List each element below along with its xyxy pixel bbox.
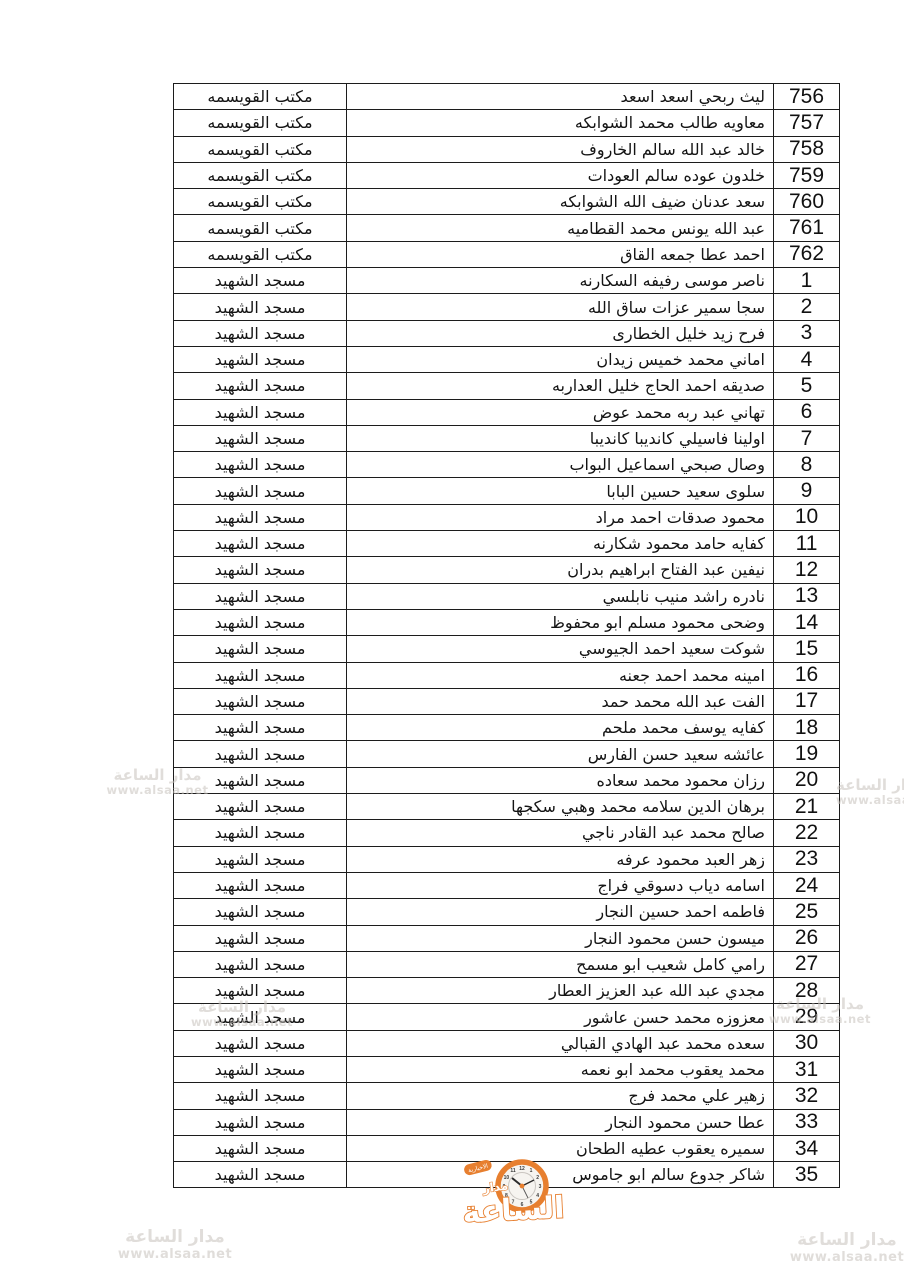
serial-number-cell: 29 <box>774 1004 840 1030</box>
voter-name-cell: اولينا فاسيلي كانديبا كانديبا <box>347 425 774 451</box>
table-row: 759خلدون عوده سالم العوداتمكتب القويسمه <box>174 162 840 188</box>
voter-name-cell: صديقه احمد الحاج خليل العداربه <box>347 373 774 399</box>
clock-numeral: 3 <box>539 1184 542 1190</box>
roster-table: 756ليث ربحي اسعد اسعدمكتب القويسمه757معا… <box>173 83 840 1188</box>
location-cell: مسجد الشهيد <box>174 1135 347 1161</box>
voter-name-cell: رزان محمود محمد سعاده <box>347 767 774 793</box>
table-row: 31محمد يعقوب محمد ابو نعمهمسجد الشهيد <box>174 1056 840 1082</box>
table-row: 12نيفين عبد الفتاح ابراهيم بدرانمسجد الش… <box>174 557 840 583</box>
location-cell: مسجد الشهيد <box>174 662 347 688</box>
location-cell: مسجد الشهيد <box>174 268 347 294</box>
location-cell: مسجد الشهيد <box>174 767 347 793</box>
table-row: 28مجدي عبد الله عبد العزيز العطارمسجد ال… <box>174 978 840 1004</box>
clock-numeral: 2 <box>536 1175 539 1181</box>
serial-number-cell: 757 <box>774 110 840 136</box>
table-row: 760سعد عدنان ضيف الله الشوابكهمكتب القوي… <box>174 189 840 215</box>
serial-number-cell: 22 <box>774 820 840 846</box>
table-row: 13نادره راشد منيب نابلسيمسجد الشهيد <box>174 583 840 609</box>
voter-name-cell: عبد الله يونس محمد القطاميه <box>347 215 774 241</box>
location-cell: مسجد الشهيد <box>174 899 347 925</box>
watermark: مدار الساعة www.alsaa.net <box>836 776 904 808</box>
serial-number-cell: 2 <box>774 294 840 320</box>
serial-number-cell: 24 <box>774 872 840 898</box>
voter-name-cell: صالح محمد عبد القادر ناجي <box>347 820 774 846</box>
serial-number-cell: 4 <box>774 346 840 372</box>
serial-number-cell: 11 <box>774 531 840 557</box>
watermark-url: www.alsaa.net <box>788 1250 904 1266</box>
voter-name-cell: سعد عدنان ضيف الله الشوابكه <box>347 189 774 215</box>
location-cell: مسجد الشهيد <box>174 504 347 530</box>
voter-name-cell: زهير علي محمد فرج <box>347 1083 774 1109</box>
serial-number-cell: 762 <box>774 241 840 267</box>
serial-number-cell: 32 <box>774 1083 840 1109</box>
location-cell: مكتب القويسمه <box>174 241 347 267</box>
location-cell: مكتب القويسمه <box>174 136 347 162</box>
serial-number-cell: 19 <box>774 741 840 767</box>
table-row: 758خالد عبد الله سالم الخاروفمكتب القويس… <box>174 136 840 162</box>
voter-name-cell: احمد عطا جمعه القاق <box>347 241 774 267</box>
table-row: 10محمود صدقات احمد مرادمسجد الشهيد <box>174 504 840 530</box>
serial-number-cell: 760 <box>774 189 840 215</box>
clock-numeral: 1 <box>530 1168 533 1174</box>
location-cell: مسجد الشهيد <box>174 320 347 346</box>
table-row: 762احمد عطا جمعه القاقمكتب القويسمه <box>174 241 840 267</box>
location-cell: مسجد الشهيد <box>174 951 347 977</box>
location-cell: مكتب القويسمه <box>174 215 347 241</box>
voter-name-cell: شوكت سعيد احمد الجيوسي <box>347 636 774 662</box>
serial-number-cell: 14 <box>774 609 840 635</box>
voter-name-cell: كفايه حامد محمود شكارنه <box>347 531 774 557</box>
voter-name-cell: اسامه دياب دسوقي فراج <box>347 872 774 898</box>
voter-name-cell: نادره راشد منيب نابلسي <box>347 583 774 609</box>
logo-badge: الاخبارية <box>463 1159 493 1176</box>
table-row: 16امينه محمد احمد جعنهمسجد الشهيد <box>174 662 840 688</box>
location-cell: مسجد الشهيد <box>174 425 347 451</box>
voter-name-cell: نيفين عبد الفتاح ابراهيم بدران <box>347 557 774 583</box>
watermark-sitename: مدار الساعة <box>116 1227 234 1247</box>
voter-name-cell: محمد يعقوب محمد ابو نعمه <box>347 1056 774 1082</box>
watermark-sitename: مدار الساعة <box>836 776 904 794</box>
serial-number-cell: 27 <box>774 951 840 977</box>
location-cell: مسجد الشهيد <box>174 609 347 635</box>
serial-number-cell: 23 <box>774 846 840 872</box>
table-row: 26ميسون حسن محمود النجارمسجد الشهيد <box>174 925 840 951</box>
voter-name-cell: عائشه سعيد حسن الفارس <box>347 741 774 767</box>
location-cell: مسجد الشهيد <box>174 1083 347 1109</box>
location-cell: مسجد الشهيد <box>174 1030 347 1056</box>
location-cell: مسجد الشهيد <box>174 346 347 372</box>
location-cell: مسجد الشهيد <box>174 925 347 951</box>
table-row: 20رزان محمود محمد سعادهمسجد الشهيد <box>174 767 840 793</box>
table-row: 2سجا سمير عزات ساق اللهمسجد الشهيد <box>174 294 840 320</box>
voter-name-cell: مجدي عبد الله عبد العزيز العطار <box>347 978 774 1004</box>
table-row: 756ليث ربحي اسعد اسعدمكتب القويسمه <box>174 84 840 110</box>
table-row: 25فاطمه احمد حسين النجارمسجد الشهيد <box>174 899 840 925</box>
serial-number-cell: 31 <box>774 1056 840 1082</box>
table-row: 761عبد الله يونس محمد القطاميهمكتب القوي… <box>174 215 840 241</box>
serial-number-cell: 13 <box>774 583 840 609</box>
table-row: 6تهاني عبد ربه محمد عوضمسجد الشهيد <box>174 399 840 425</box>
watermark-sitename: مدار الساعة <box>788 1230 904 1250</box>
location-cell: مسجد الشهيد <box>174 1109 347 1135</box>
voter-name-cell: معزوزه محمد حسن عاشور <box>347 1004 774 1030</box>
table-row: 29معزوزه محمد حسن عاشورمسجد الشهيد <box>174 1004 840 1030</box>
serial-number-cell: 35 <box>774 1162 840 1188</box>
document-page: 756ليث ربحي اسعد اسعدمكتب القويسمه757معا… <box>0 0 904 1280</box>
voter-name-cell: خلدون عوده سالم العودات <box>347 162 774 188</box>
table-row: 5صديقه احمد الحاج خليل العداربهمسجد الشه… <box>174 373 840 399</box>
serial-number-cell: 9 <box>774 478 840 504</box>
voter-name-cell: خالد عبد الله سالم الخاروف <box>347 136 774 162</box>
location-cell: مسجد الشهيد <box>174 1004 347 1030</box>
table-row: 9سلوى سعيد حسين البابامسجد الشهيد <box>174 478 840 504</box>
voter-name-cell: فرح زيد خليل الخطارى <box>347 320 774 346</box>
serial-number-cell: 8 <box>774 452 840 478</box>
watermark: مدار الساعة www.alsaa.net <box>788 1230 904 1266</box>
serial-number-cell: 26 <box>774 925 840 951</box>
location-cell: مسجد الشهيد <box>174 452 347 478</box>
serial-number-cell: 12 <box>774 557 840 583</box>
location-cell: مسجد الشهيد <box>174 820 347 846</box>
table-row: 17الفت عبد الله محمد حمدمسجد الشهيد <box>174 688 840 714</box>
location-cell: مكتب القويسمه <box>174 162 347 188</box>
serial-number-cell: 25 <box>774 899 840 925</box>
location-cell: مكتب القويسمه <box>174 84 347 110</box>
serial-number-cell: 28 <box>774 978 840 1004</box>
voter-name-cell: وصال صبحي اسماعيل البواب <box>347 452 774 478</box>
logo-word-main: الساعة <box>462 1190 566 1230</box>
location-cell: مسجد الشهيد <box>174 1056 347 1082</box>
table-row: 4اماني محمد خميس زيدانمسجد الشهيد <box>174 346 840 372</box>
voter-name-cell: تهاني عبد ربه محمد عوض <box>347 399 774 425</box>
voter-name-cell: ناصر موسى رفيفه السكارنه <box>347 268 774 294</box>
table-row: 32زهير علي محمد فرجمسجد الشهيد <box>174 1083 840 1109</box>
serial-number-cell: 30 <box>774 1030 840 1056</box>
voter-name-cell: وضحى محمود مسلم ابو محفوظ <box>347 609 774 635</box>
serial-number-cell: 10 <box>774 504 840 530</box>
location-cell: مسجد الشهيد <box>174 688 347 714</box>
serial-number-cell: 761 <box>774 215 840 241</box>
location-cell: مسجد الشهيد <box>174 583 347 609</box>
location-cell: مكتب القويسمه <box>174 110 347 136</box>
serial-number-cell: 1 <box>774 268 840 294</box>
table-row: 19عائشه سعيد حسن الفارسمسجد الشهيد <box>174 741 840 767</box>
table-row: 30سعده محمد عبد الهادي القباليمسجد الشهي… <box>174 1030 840 1056</box>
table-row: 23زهر العبد محمود عرفهمسجد الشهيد <box>174 846 840 872</box>
voter-name-cell: الفت عبد الله محمد حمد <box>347 688 774 714</box>
serial-number-cell: 756 <box>774 84 840 110</box>
location-cell: مسجد الشهيد <box>174 557 347 583</box>
site-logo: 123456789101112 الاخبارية مدار الساعة <box>452 1148 617 1248</box>
location-cell: مسجد الشهيد <box>174 978 347 1004</box>
serial-number-cell: 33 <box>774 1109 840 1135</box>
serial-number-cell: 5 <box>774 373 840 399</box>
table-row: 11كفايه حامد محمود شكارنهمسجد الشهيد <box>174 531 840 557</box>
voter-name-cell: سلوى سعيد حسين البابا <box>347 478 774 504</box>
table-row: 8وصال صبحي اسماعيل البوابمسجد الشهيد <box>174 452 840 478</box>
voter-name-cell: كفايه يوسف محمد ملحم <box>347 715 774 741</box>
location-cell: مسجد الشهيد <box>174 872 347 898</box>
voter-name-cell: زهر العبد محمود عرفه <box>347 846 774 872</box>
location-cell: مسجد الشهيد <box>174 531 347 557</box>
voter-name-cell: معاويه طالب محمد الشوابكه <box>347 110 774 136</box>
serial-number-cell: 6 <box>774 399 840 425</box>
serial-number-cell: 16 <box>774 662 840 688</box>
table-row: 7اولينا فاسيلي كانديبا كانديبامسجد الشهي… <box>174 425 840 451</box>
table-row: 1ناصر موسى رفيفه السكارنهمسجد الشهيد <box>174 268 840 294</box>
location-cell: مسجد الشهيد <box>174 794 347 820</box>
table-row: 14وضحى محمود مسلم ابو محفوظمسجد الشهيد <box>174 609 840 635</box>
serial-number-cell: 20 <box>774 767 840 793</box>
location-cell: مسجد الشهيد <box>174 373 347 399</box>
serial-number-cell: 34 <box>774 1135 840 1161</box>
table-row: 3فرح زيد خليل الخطارىمسجد الشهيد <box>174 320 840 346</box>
table-row: 24اسامه دياب دسوقي فراجمسجد الشهيد <box>174 872 840 898</box>
location-cell: مكتب القويسمه <box>174 189 347 215</box>
serial-number-cell: 3 <box>774 320 840 346</box>
clock-numeral: 11 <box>510 1168 516 1174</box>
location-cell: مسجد الشهيد <box>174 636 347 662</box>
table-row: 33عطا حسن محمود النجارمسجد الشهيد <box>174 1109 840 1135</box>
table-row: 27رامي كامل شعيب ابو مسمحمسجد الشهيد <box>174 951 840 977</box>
watermark-url: www.alsaa.net <box>836 794 904 808</box>
location-cell: مسجد الشهيد <box>174 741 347 767</box>
location-cell: مسجد الشهيد <box>174 478 347 504</box>
watermark: مدار الساعة www.alsaa.net <box>116 1227 234 1263</box>
table-row: 18كفايه يوسف محمد ملحممسجد الشهيد <box>174 715 840 741</box>
voter-name-cell: سجا سمير عزات ساق الله <box>347 294 774 320</box>
table-row: 15شوكت سعيد احمد الجيوسيمسجد الشهيد <box>174 636 840 662</box>
serial-number-cell: 758 <box>774 136 840 162</box>
voter-name-cell: امينه محمد احمد جعنه <box>347 662 774 688</box>
clock-numeral: 12 <box>519 1166 525 1172</box>
location-cell: مسجد الشهيد <box>174 1162 347 1188</box>
serial-number-cell: 7 <box>774 425 840 451</box>
voter-name-cell: ليث ربحي اسعد اسعد <box>347 84 774 110</box>
table-row: 21برهان الدين سلامه محمد وهبي سكجهامسجد … <box>174 794 840 820</box>
serial-number-cell: 15 <box>774 636 840 662</box>
voter-name-cell: فاطمه احمد حسين النجار <box>347 899 774 925</box>
voter-name-cell: رامي كامل شعيب ابو مسمح <box>347 951 774 977</box>
voter-name-cell: عطا حسن محمود النجار <box>347 1109 774 1135</box>
serial-number-cell: 759 <box>774 162 840 188</box>
table-row: 22صالح محمد عبد القادر ناجيمسجد الشهيد <box>174 820 840 846</box>
location-cell: مسجد الشهيد <box>174 294 347 320</box>
serial-number-cell: 18 <box>774 715 840 741</box>
voter-name-cell: برهان الدين سلامه محمد وهبي سكجها <box>347 794 774 820</box>
voter-name-cell: محمود صدقات احمد مراد <box>347 504 774 530</box>
voter-name-cell: سعده محمد عبد الهادي القبالي <box>347 1030 774 1056</box>
voter-name-cell: اماني محمد خميس زيدان <box>347 346 774 372</box>
serial-number-cell: 21 <box>774 794 840 820</box>
watermark-url: www.alsaa.net <box>116 1247 234 1263</box>
location-cell: مسجد الشهيد <box>174 399 347 425</box>
serial-number-cell: 17 <box>774 688 840 714</box>
location-cell: مسجد الشهيد <box>174 846 347 872</box>
table-row: 757معاويه طالب محمد الشوابكهمكتب القويسم… <box>174 110 840 136</box>
voter-name-cell: ميسون حسن محمود النجار <box>347 925 774 951</box>
table-body: 756ليث ربحي اسعد اسعدمكتب القويسمه757معا… <box>174 84 840 1188</box>
location-cell: مسجد الشهيد <box>174 715 347 741</box>
